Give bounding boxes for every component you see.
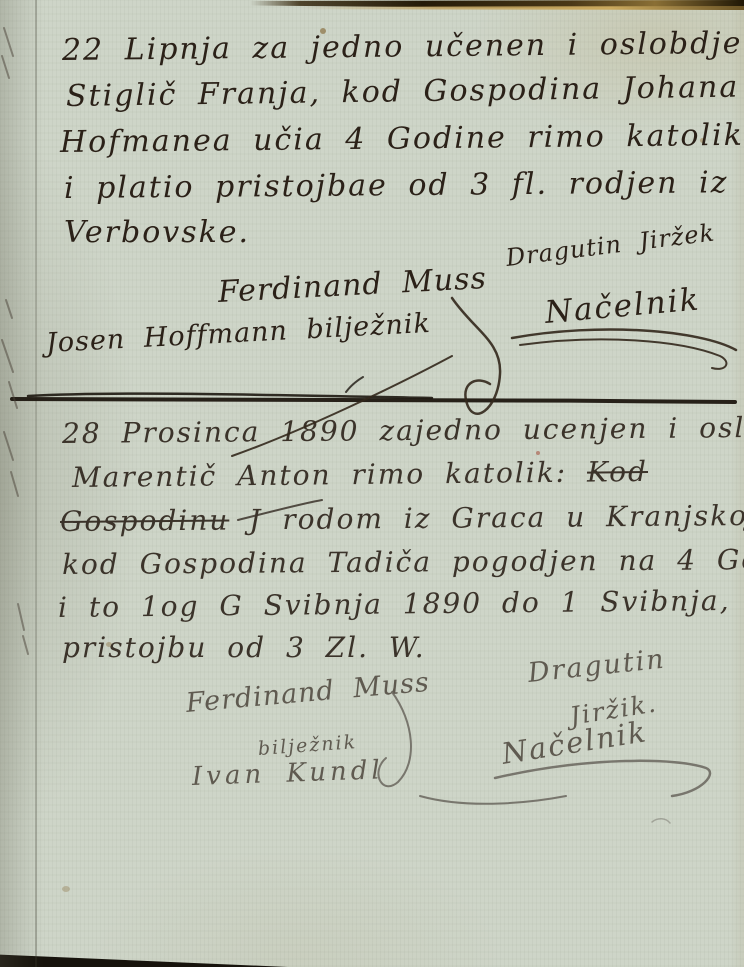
entry2-signature-official-title: Načelnik [500,717,650,769]
entry2-line2: Marentič Anton rimo katolik: Kod [72,458,648,492]
book-top-edge-gilt [300,6,744,10]
entry2-signature-second-name: Ivan Kundl [192,757,385,790]
entry2-line2-text: Marentič Anton rimo katolik: [72,456,587,494]
entry2-line3-text: J rodom iz Graca u Kranjskoj [229,499,744,537]
entry2-line3-struck-word: Gospodinu [60,504,230,538]
entry1-signature-witness-name: Ferdinand Muss [217,264,487,308]
entry2-signature-witness-name: Ferdinand Muss [185,669,431,717]
entry2-line4: kod Gospodina Tadiča pogodjen na 4 Godin… [62,546,744,579]
entry1-signature-official-name: Dragutin Jiržek [505,220,717,269]
entry1-line3: Hofmanea učia 4 Godine rimo katolik [60,121,744,158]
entry2-signature-witness-title: bilježnik [257,733,357,759]
entry2-line1: 28 Prosinca 1890 zajedno ucenjen i oslob… [62,413,744,448]
entry2-line2-struck-word: Kod [587,455,648,489]
entry1-line4: i platio pristojbae od 3 fl. rodjen iz [64,168,729,204]
entry1-line5: Verbovske. [64,218,250,248]
ink-spot [536,451,540,455]
ink-spot [62,886,70,892]
entry2-signature-official-first: Dragutin [527,646,667,687]
entry2-line6: pristojbu od 3 Zl. W. [62,634,426,662]
entry1-signature-official-title: Načelnik [544,284,702,328]
entry1-line2: Stiglič Franja, kod Gospodina Johana [66,73,740,112]
gutter-crease [35,0,37,967]
entry2-line5: i to 1og G Svibnja 1890 do 1 Svibnja, i … [58,585,744,622]
entry-divider-rule [12,377,735,402]
entry1-line1: 22 Lipnja za jedno učenen i oslobdjen [62,29,744,66]
register-page: 22 Lipnja za jedno učenen i oslobdjen St… [0,0,744,967]
entry1-signature-clerk-line: Josen Hoffmann bilježnik [45,310,431,357]
binding-gutter-shadow [0,0,44,967]
entry2-line3: Gospodinu J rodom iz Graca u Kranjskoj [60,502,744,536]
